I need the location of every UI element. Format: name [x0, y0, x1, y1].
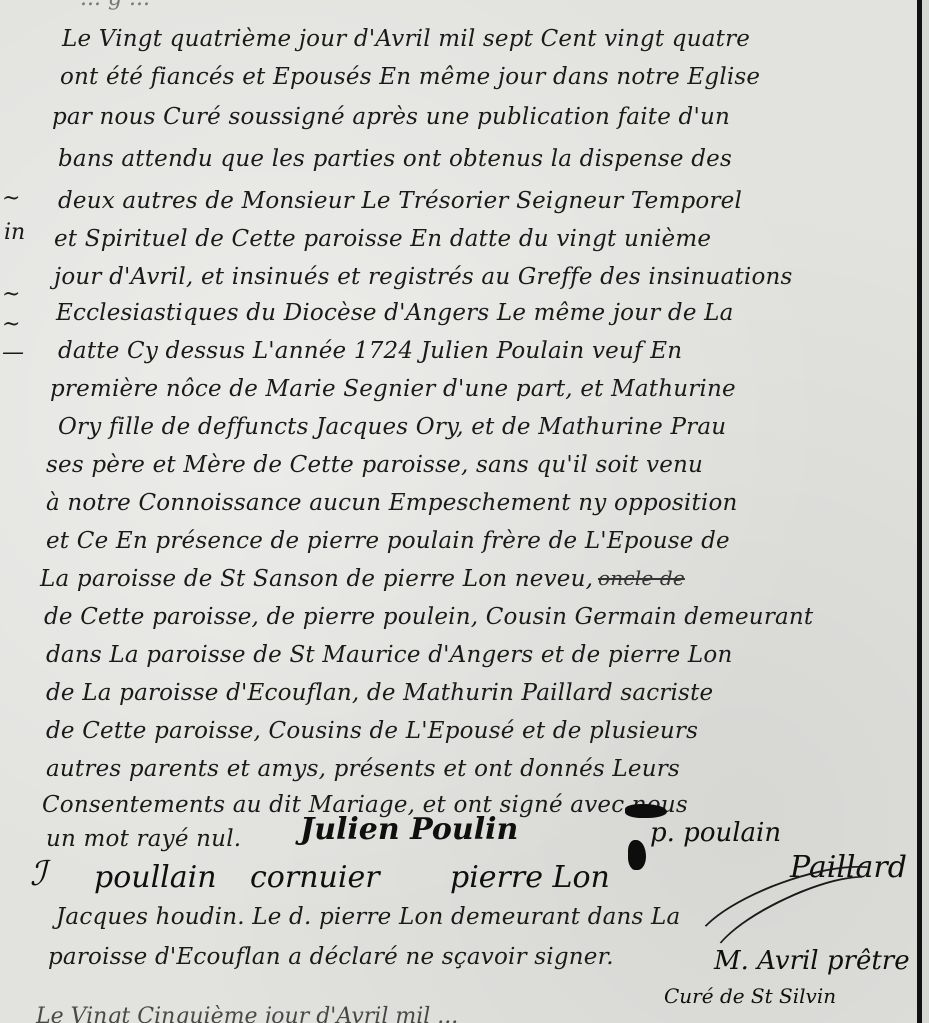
signature-paraph: ℐ	[30, 854, 46, 894]
text-line-23: Jacques houdin. Le d. pierre Lon demeura…	[56, 904, 680, 930]
text-line-3: par nous Curé soussigné après une public…	[52, 104, 730, 130]
text-line-5: deux autres de Monsieur Le Trésorier Sei…	[58, 188, 742, 214]
text-line-14: et Ce En présence de pierre poulain frèr…	[46, 528, 730, 554]
text-line-15: La paroisse de St Sanson de pierre Lon n…	[40, 566, 593, 592]
margin-mark: ~	[2, 312, 20, 337]
text-line-7: jour d'Avril, et insinués et registrés a…	[54, 264, 793, 290]
text-line-4: bans attendu que les parties ont obtenus…	[58, 146, 732, 172]
text-line-22: un mot rayé nul.	[46, 826, 241, 852]
signature-groom: Julien Poulin	[300, 812, 518, 847]
margin-note-in: in	[4, 220, 25, 245]
text-line-20: autres parents et amys, présents et ont …	[46, 756, 680, 782]
struck-word: oncle de	[598, 566, 685, 590]
signature-priest-title: Curé de St Silvin	[664, 984, 836, 1008]
text-line-10: première nôce de Marie Segnier d'une par…	[50, 376, 736, 402]
text-line-9: datte Cy dessus L'année 1724 Julien Poul…	[58, 338, 682, 364]
margin-mark: ~	[2, 186, 20, 211]
text-line-6: et Spirituel de Cette paroisse En datte …	[54, 226, 711, 252]
text-line-18: de La paroisse d'Ecouflan, de Mathurin P…	[46, 680, 713, 706]
margin-mark: —	[2, 340, 24, 365]
signature-witness-1: p. poulain	[650, 818, 781, 848]
bottom-fragment: Le Vingt Cinquième jour d'Avril mil ...	[36, 1004, 458, 1023]
page-edge-strip	[922, 0, 929, 1023]
margin-mark: ~	[2, 282, 20, 307]
text-line-19: de Cette paroisse, Cousins de L'Epousé e…	[46, 718, 698, 744]
text-line-2: ont été fiancés et Epousés En même jour …	[60, 64, 760, 90]
signature-witness-3: cornuier	[250, 860, 380, 895]
text-line-16: de Cette paroisse, de pierre poulein, Co…	[44, 604, 813, 630]
text-line-17: dans La paroisse de St Maurice d'Angers …	[46, 642, 732, 668]
text-line-15-content: La paroisse de St Sanson de pierre Lon n…	[40, 566, 593, 592]
ink-blot	[628, 840, 646, 870]
text-line-1: Le Vingt quatrième jour d'Avril mil sept…	[62, 26, 750, 52]
text-line-8: Ecclesiastiques du Diocèse d'Angers Le m…	[56, 300, 734, 326]
text-line-11: Ory fille de deffuncts Jacques Ory, et d…	[58, 414, 726, 440]
ink-blot	[625, 804, 667, 818]
signature-priest: M. Avril prêtre	[714, 946, 910, 976]
text-line-13: à notre Connoissance aucun Empeschement …	[46, 490, 738, 516]
signature-witness-2: poullain	[94, 860, 217, 895]
manuscript-page: ... g ... ~ in ~ ~ — Le Vingt quatrième …	[0, 0, 929, 1023]
signature-witness-4: pierre Lon	[450, 860, 610, 895]
top-fragment: ... g ...	[80, 0, 150, 11]
text-line-24: paroisse d'Ecouflan a déclaré ne sçavoir…	[48, 944, 614, 970]
text-line-12: ses père et Mère de Cette paroisse, sans…	[46, 452, 703, 478]
